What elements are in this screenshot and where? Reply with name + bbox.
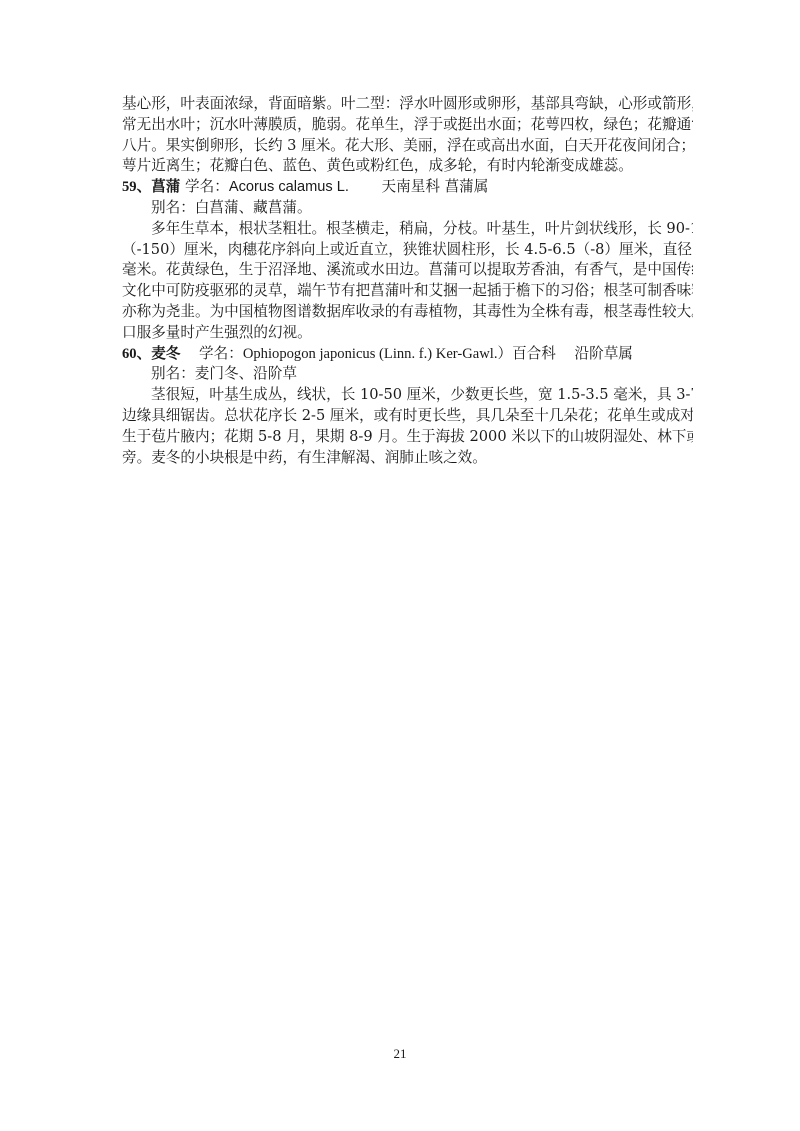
- text-line: 常无出水叶；沉水叶薄膜质，脆弱。花单生，浮于或挺出水面；花萼四枚，绿色；花瓣通常: [122, 115, 693, 136]
- scientific-name-label: 学名：: [199, 345, 243, 362]
- alias-line: 别名：白菖蒲、藏菖蒲。: [122, 198, 693, 219]
- description-line: 多年生草本，根状茎粗壮。根茎横走，稍扁，分枝。叶基生，叶片剑状线形，长 90-1…: [122, 219, 693, 240]
- description-line: 茎很短，叶基生成丛，线状，长 10-50 厘米，少数更长些，宽 1.5-3.5 …: [122, 385, 693, 406]
- family-name: 百合科: [512, 345, 556, 362]
- text-line: 萼片近离生；花瓣白色、蓝色、黄色或粉红色，成多轮，有时内轮渐变成雄蕊。: [122, 156, 693, 177]
- text-line: 八片。果实倒卵形，长约 3 厘米。花大形、美丽，浮在或高出水面，白天开花夜间闭合…: [122, 136, 693, 157]
- description-line: 毫米。花黄绿色，生于沼泽地、溪流或水田边。菖蒲可以提取芳香油，有香气，是中国传统: [122, 260, 693, 281]
- text-line: 基心形，叶表面浓绿，背面暗紫。叶二型：浮水叶圆形或卵形，基部具弯缺，心形或箭形，: [122, 94, 693, 115]
- description-line: 亦称为尧韭。为中国植物图谱数据库收录的有毒植物，其毒性为全株有毒，根茎毒性较大。: [122, 302, 693, 323]
- page-number: 21: [0, 1046, 800, 1062]
- genus-name: 沿阶草属: [575, 345, 633, 362]
- alias-line: 别名：麦门冬、沿阶草: [122, 364, 693, 385]
- continuation-paragraph: 基心形，叶表面浓绿，背面暗紫。叶二型：浮水叶圆形或卵形，基部具弯缺，心形或箭形，…: [122, 94, 693, 177]
- entry-common-name: 麦冬: [151, 345, 180, 362]
- description-line: 文化中可防疫驱邪的灵草，端午节有把菖蒲叶和艾捆一起插于檐下的习俗；根茎可制香味料…: [122, 281, 693, 302]
- family-name: 天南星科: [382, 178, 440, 195]
- entry-number: 59、: [122, 179, 151, 195]
- genus-name: 菖蒲属: [445, 178, 489, 195]
- plant-entry-ophiopogon: 60、麦冬 学名：Ophiopogon japonicus (Linn. f.)…: [122, 344, 693, 469]
- entry-common-name: 菖蒲: [151, 178, 180, 195]
- scientific-name: Acorus calamus L.: [229, 179, 349, 195]
- description-line: 旁。麦冬的小块根是中药，有生津解渴、润肺止咳之效。: [122, 448, 693, 469]
- entry-heading: 60、麦冬 学名：Ophiopogon japonicus (Linn. f.)…: [122, 344, 693, 365]
- description-line: 口服多量时产生强烈的幻视。: [122, 323, 693, 344]
- description-line: 生于苞片腋内；花期 5-8 月，果期 8-9 月。生于海拔 2000 米以下的山…: [122, 427, 693, 448]
- entry-number: 60、: [122, 346, 151, 362]
- description-line: 边缘具细锯齿。总状花序长 2-5 厘米，或有时更长些，具几朵至十几朵花；花单生或…: [122, 406, 693, 427]
- document-page-body: 基心形，叶表面浓绿，背面暗紫。叶二型：浮水叶圆形或卵形，基部具弯缺，心形或箭形，…: [122, 94, 693, 468]
- scientific-name-label: 学名：: [185, 178, 229, 195]
- entry-heading: 59、菖蒲 学名：Acorus calamus L. 天南星科 菖蒲属: [122, 177, 693, 198]
- plant-entry-acorus: 59、菖蒲 学名：Acorus calamus L. 天南星科 菖蒲属 别名：白…: [122, 177, 693, 343]
- scientific-name: Ophiopogon japonicus (Linn. f.) Ker-Gawl…: [243, 346, 512, 362]
- description-line: （-150）厘米，肉穗花序斜向上或近直立，狭锥状圆柱形，长 4.5-6.5（-8…: [122, 240, 693, 261]
